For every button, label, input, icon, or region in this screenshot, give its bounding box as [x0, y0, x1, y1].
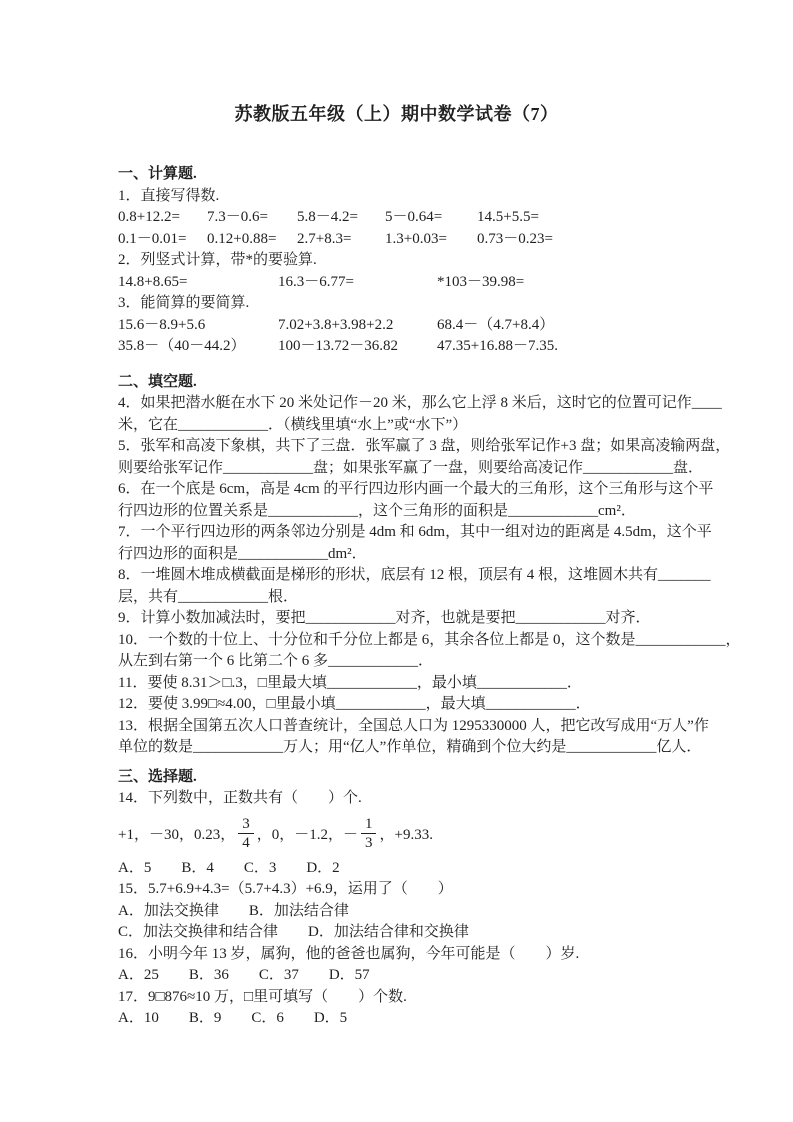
math-expression: 0.1－0.01= [118, 229, 207, 251]
section-calc-heading: 一、计算题. [118, 164, 703, 186]
q14-number-list: +1，－30，0.23， 3 4 ，0，－1.2，－ 1 3 ，+9.33. [118, 810, 703, 858]
number-list-part: +1，－30，0.23， [118, 823, 235, 844]
question-line-q7-2: 行四边形的面积是____________dm²． [118, 544, 703, 566]
question-line-q11: 11．要使 8.31＞□.3，□里最大填____________，最小填____… [118, 673, 703, 695]
question-line-q17: 17．9□876≈10 万，□里可填写（ ）个数. [118, 987, 703, 1009]
q1-label: 1．直接写得数. [118, 186, 703, 208]
number-list-part: ，0，－1.2，－ [257, 823, 358, 844]
q2-label: 2．列竖式计算，带*的要验算. [118, 250, 703, 272]
question-line-q4-2: 米，它在____________．（横线里填“水上”或“水下”） [118, 415, 703, 437]
question-line-q13-2: 单位的数是____________万人；用“亿人”作单位，精确到个位大约是___… [118, 737, 703, 759]
math-expression: 47.35+16.88－7.35. [437, 336, 703, 358]
math-expression: 100－13.72－36.82 [278, 336, 437, 358]
question-line-q8-1: 8．一堆圆木堆成横截面是梯形的形状，底层有 12 根，顶层有 4 根，这堆圆木共… [118, 565, 703, 587]
q15-options-row-2: C．加法交换律和结合律 D．加法结合律和交换律 [118, 922, 703, 944]
q17-options: A．10 B．9 C．6 D．5 [118, 1008, 703, 1030]
question-line-q10-2: 从左到右第一个 6 比第二个 6 多____________． [118, 651, 703, 673]
question-line-q10-1: 10．一个数的十位上、十分位和千分位上都是 6，其余各位上都是 0，这个数是__… [118, 630, 703, 652]
q1-row-1: 0.8+12.2= 7.3－0.6= 5.8－4.2= 5－0.64= 14.5… [118, 207, 703, 229]
fraction-numerator: 1 [361, 816, 377, 835]
fraction-denominator: 3 [365, 834, 373, 852]
fraction-numerator: 3 [238, 816, 254, 835]
math-expression: 35.8－（40－44.2） [118, 336, 278, 358]
q16-options: A．25 B．36 C．37 D．57 [118, 965, 703, 987]
question-line-q7-1: 7．一个平行四边形的两条邻边分别是 4dm 和 6dm，其中一组对边的距离是 4… [118, 522, 703, 544]
section-choice-heading: 三、选择题. [118, 767, 703, 789]
math-expression: 15.6－8.9+5.6 [118, 315, 278, 337]
paper-content: 一、计算题. 1．直接写得数. 0.8+12.2= 7.3－0.6= 5.8－4… [0, 164, 793, 1030]
math-expression: 68.4－（4.7+8.4） [437, 315, 703, 337]
exam-paper-page: 苏教版五年级（上）期中数学试卷（7） 一、计算题. 1．直接写得数. 0.8+1… [0, 0, 793, 1122]
question-line-q9: 9．计算小数加减法时，要把____________对齐，也就是要把_______… [118, 608, 703, 630]
question-line-q13-1: 13．根据全国第五次人口普查统计，全国总人口为 1295330000 人，把它改… [118, 716, 703, 738]
math-expression: 16.3－6.77= [278, 272, 437, 294]
math-expression: 14.8+8.65= [118, 272, 278, 294]
math-expression: 7.3－0.6= [207, 207, 297, 229]
question-line-q16: 16．小明今年 13 岁，属狗，他的爸爸也属狗，今年可能是（ ）岁. [118, 944, 703, 966]
math-expression: 0.8+12.2= [118, 207, 207, 229]
math-expression: 0.73－0.23= [477, 229, 703, 251]
math-expression: *103－39.98= [437, 272, 703, 294]
q14-options: A．5 B．4 C．3 D．2 [118, 858, 703, 880]
math-expression: 14.5+5.5= [477, 207, 703, 229]
question-line-q8-2: 层，共有____________根． [118, 587, 703, 609]
math-expression: 5.8－4.2= [297, 207, 385, 229]
q1-row-2: 0.1－0.01= 0.12+0.88= 2.7+8.3= 1.3+0.03= … [118, 229, 703, 251]
question-line-q12: 12．要使 3.99□≈4.00，□里最小填____________，最大填__… [118, 694, 703, 716]
fraction-denominator: 4 [242, 834, 250, 852]
number-list-part: ，+9.33. [379, 823, 432, 844]
q3-label: 3．能简算的要简算. [118, 293, 703, 315]
question-line-q5-2: 则要给张军记作____________盘；如果张军赢了一盘，则要给高凌记作___… [118, 458, 703, 480]
q3-row-2: 35.8－（40－44.2） 100－13.72－36.82 47.35+16.… [118, 336, 703, 358]
question-line-q4-1: 4．如果把潜水艇在水下 20 米处记作－20 米，那么它上浮 8 米后，这时它的… [118, 393, 703, 415]
math-expression: 7.02+3.8+3.98+2.2 [278, 315, 437, 337]
question-line-q6-1: 6．在一个底是 6cm，高是 4cm 的平行四边形内画一个最大的三角形，这个三角… [118, 479, 703, 501]
question-line-q5-1: 5．张军和高凌下象棋，共下了三盘．张军赢了 3 盘，则给张军记作+3 盘；如果高… [118, 436, 703, 458]
q3-row-1: 15.6－8.9+5.6 7.02+3.8+3.98+2.2 68.4－（4.7… [118, 315, 703, 337]
page-title: 苏教版五年级（上）期中数学试卷（7） [0, 0, 793, 127]
math-expression: 0.12+0.88= [207, 229, 297, 251]
fraction-one-third: 1 3 [361, 816, 377, 852]
fraction-three-fourths: 3 4 [238, 816, 254, 852]
question-line-q6-2: 行四边形的位置关系是____________，这个三角形的面积是________… [118, 501, 703, 523]
question-line-q15: 15．5.7+6.9+4.3=（5.7+4.3）+6.9，运用了（ ） [118, 879, 703, 901]
math-expression: 1.3+0.03= [385, 229, 477, 251]
question-line-q14: 14．下列数中，正数共有（ ）个. [118, 788, 703, 810]
math-expression: 5－0.64= [385, 207, 477, 229]
q15-options-row-1: A．加法交换律 B．加法结合律 [118, 901, 703, 923]
math-expression: 2.7+8.3= [297, 229, 385, 251]
q2-row: 14.8+8.65= 16.3－6.77= *103－39.98= [118, 272, 703, 294]
section-fill-heading: 二、填空题. [118, 372, 703, 394]
